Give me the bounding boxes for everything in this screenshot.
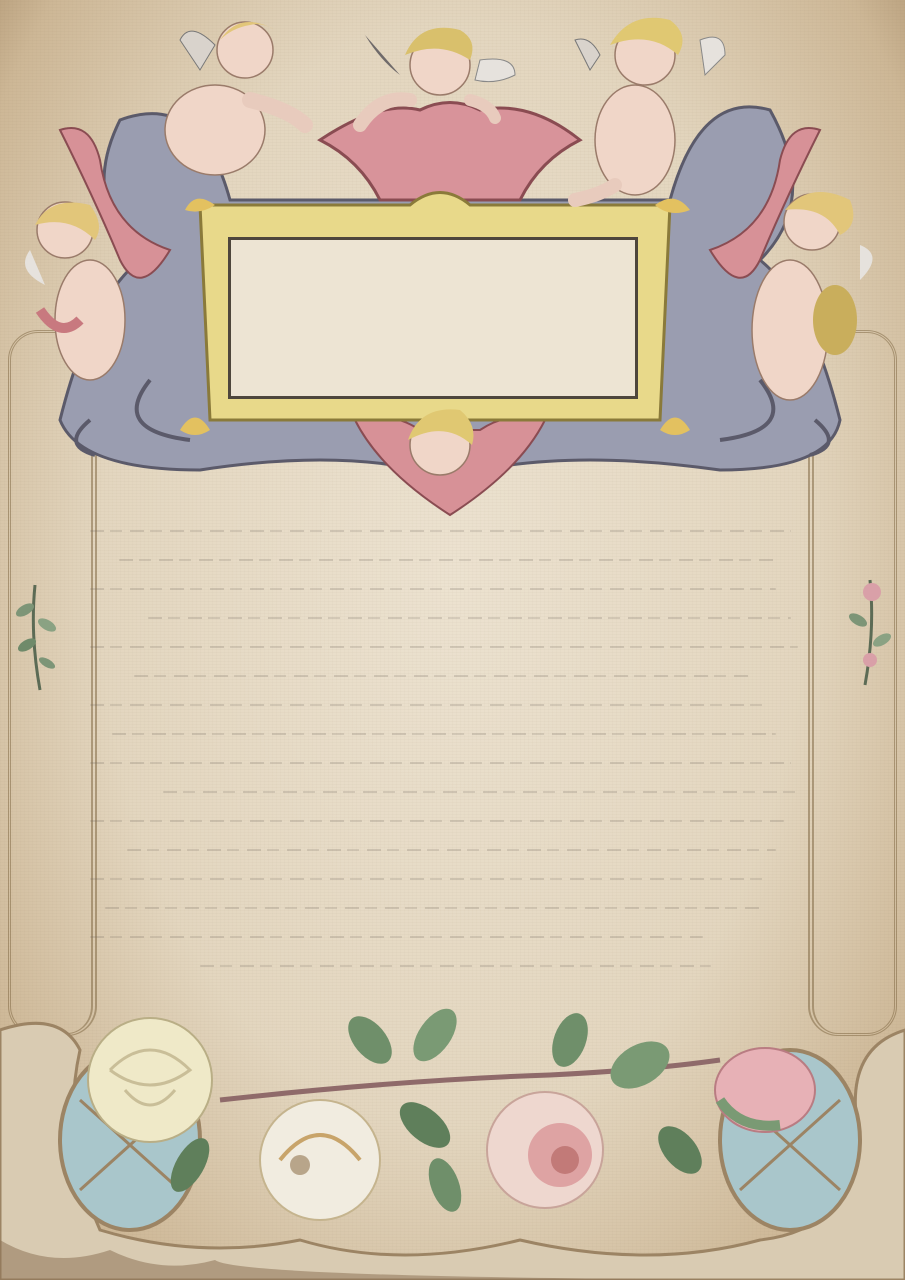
cartouche-title-panel [228, 237, 638, 399]
pink-rosebud-icon [715, 1048, 815, 1132]
stationery-page [0, 0, 905, 1280]
torn-paper-edge [0, 1220, 905, 1280]
pink-rose-icon [487, 1092, 603, 1208]
cartouche-title-text [231, 240, 635, 396]
white-rose-center-icon [260, 1100, 380, 1220]
cherub-top-left [165, 22, 305, 175]
left-leaf-sprig-icon [5, 575, 65, 695]
white-rose-left-icon [88, 1018, 212, 1142]
right-rosebud-sprig-icon [840, 570, 900, 690]
faded-handwriting [90, 530, 820, 990]
rose-leaves-icon [163, 1001, 710, 1216]
